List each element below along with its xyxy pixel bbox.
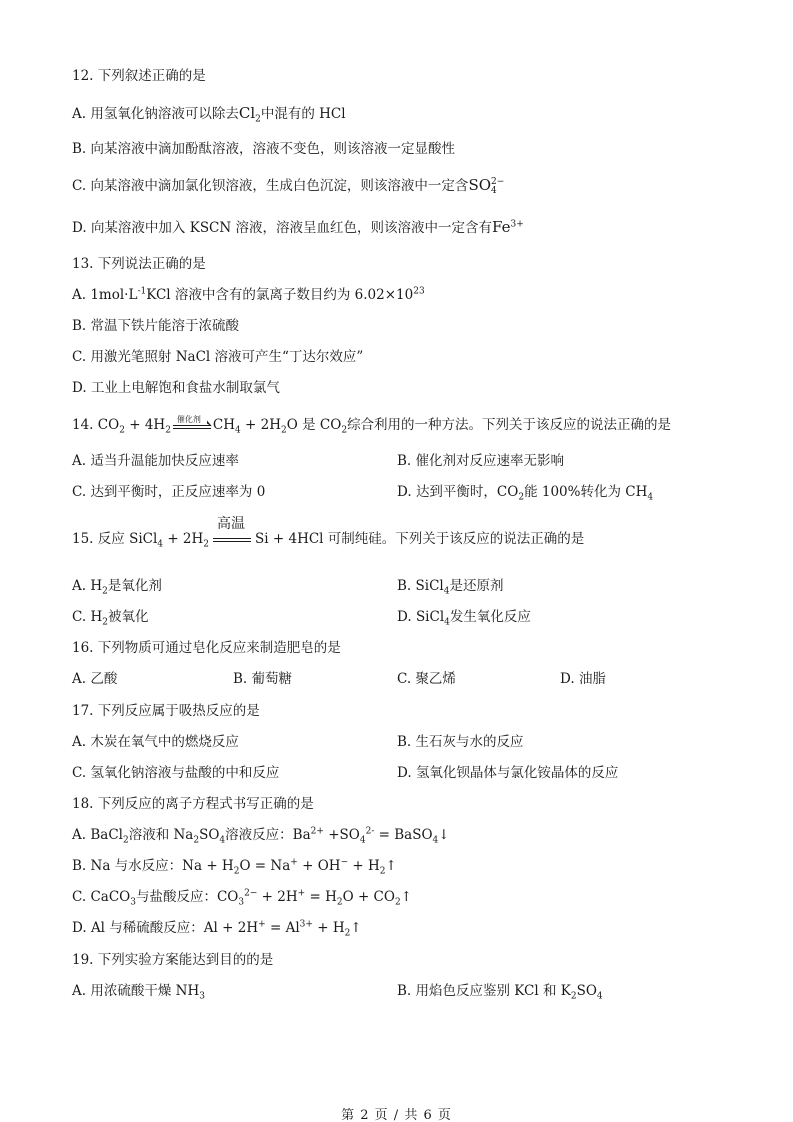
question-18-stem: 18. 下列反应的离子方程式书写正确的是 xyxy=(72,795,314,813)
question-14-stem: 14. CO2 + 4H2催化剂CH4 + 2H2O 是 CO2综合利用的一种方… xyxy=(72,416,671,435)
subscript: 4 xyxy=(647,493,653,503)
option-text: KCl 溶液中含有的氯离子数目约为 6.02×10 xyxy=(146,287,413,303)
option-label: D. xyxy=(397,484,412,500)
q17-option-b: B. 生石灰与水的反应 xyxy=(397,733,524,751)
formula: CaCO xyxy=(90,889,130,905)
q14-option-b: B. 催化剂对反应速率无影响 xyxy=(397,452,564,470)
question-text: 综合利用的一种方法。下列关于该反应的说法正确的是 xyxy=(347,417,671,433)
q13-option-a: A. 1mol·L-1KCl 溶液中含有的氯离子数目约为 6.02×1023 xyxy=(72,286,425,304)
option-text: 1mol·L xyxy=(90,287,137,303)
formula: SiCl xyxy=(416,578,444,594)
option-text: 中混有的 HCl xyxy=(261,106,346,122)
superscript: 2+ xyxy=(311,827,324,837)
option-text: 生石灰与水的反应 xyxy=(416,734,524,750)
question-text: 下列叙述正确的是 xyxy=(98,68,206,84)
formula: = H xyxy=(305,889,337,905)
q18-option-a: A. BaCl2溶液和 Na2SO4溶液反应：Ba2+ +SO42- = BaS… xyxy=(72,826,450,844)
formula: SO xyxy=(199,827,219,843)
option-label: A. xyxy=(72,287,86,303)
option-label: C. xyxy=(72,178,86,194)
option-label: D. xyxy=(560,671,575,687)
q14-option-d: D. 达到平衡时，CO2能 100%转化为 CH4 xyxy=(397,483,653,501)
option-text: 向某溶液中滴加氯化钡溶液，生成白色沉淀，则该溶液中一定含 xyxy=(90,178,468,194)
q13-option-b: B. 常温下铁片能溶于浓硫酸 xyxy=(72,317,239,335)
formula: = BaSO xyxy=(374,827,432,843)
q19-option-b: B. 用焰色反应鉴别 KCl 和 K2SO4 xyxy=(397,982,603,1000)
option-label: C. xyxy=(72,609,86,625)
question-text: 下列反应属于吸热反应的是 xyxy=(98,703,260,719)
option-text: 向某溶液中加入 KSCN 溶液，溶液呈血红色，则该溶液中一定含有 xyxy=(91,220,492,236)
option-text: 工业上电解饱和食盐水制取氯气 xyxy=(91,380,280,396)
option-text: 木炭在氧气中的燃烧反应 xyxy=(90,734,239,750)
option-label: A. xyxy=(72,453,86,469)
exam-page: 12. 下列叙述正确的是 A. 用氢氧化钠溶液可以除去Cl2中混有的 HCl B… xyxy=(0,0,793,1122)
formula: CO xyxy=(98,417,119,433)
question-text: 下列物质可通过皂化反应来制造肥皂的是 xyxy=(98,640,341,656)
question-number: 19. xyxy=(72,952,93,968)
question-16-stem: 16. 下列物质可通过皂化反应来制造肥皂的是 xyxy=(72,639,341,657)
option-label: B. xyxy=(72,318,86,334)
formula: + 2H xyxy=(163,531,203,547)
option-text: 用氢氧化钠溶液可以除去 xyxy=(90,106,239,122)
gas-arrow: ↑ xyxy=(386,858,397,874)
option-text: 葡萄糖 xyxy=(252,671,293,687)
option-text: 达到平衡时，正反应速率为 0 xyxy=(90,484,265,500)
formula: = Al xyxy=(266,920,300,936)
q15-option-a: A. H2是氧化剂 xyxy=(72,577,162,595)
subscript: 3 xyxy=(199,992,205,1002)
formula: Cl xyxy=(239,104,255,122)
question-number: 18. xyxy=(72,796,93,812)
option-text: 适当升温能加快反应速率 xyxy=(90,453,239,469)
q19-option-a: A. 用浓硫酸干燥 NH3 xyxy=(72,982,205,1000)
q18-option-d: D. Al 与稀硫酸反应：Al + 2H+ = Al3+ + H2↑ xyxy=(72,919,362,937)
question-number: 16. xyxy=(72,640,93,656)
q18-option-c: C. CaCO3与盐酸反应：CO32− + 2H+ = H2O + CO2↑ xyxy=(72,888,412,906)
condition-label: 高温 xyxy=(217,515,245,533)
formula: CH xyxy=(213,417,235,433)
formula: O xyxy=(287,417,298,433)
question-number: 14. xyxy=(72,417,93,433)
q15-option-b: B. SiCl4是还原剂 xyxy=(397,577,503,595)
formula: O + CO xyxy=(343,889,395,905)
option-label: D. xyxy=(72,380,87,396)
superscript: + xyxy=(258,920,266,930)
subscript: 2 xyxy=(165,426,171,436)
q16-option-d: D. 油脂 xyxy=(560,670,606,688)
question-13-stem: 13. 下列说法正确的是 xyxy=(72,255,206,273)
q14-option-c: C. 达到平衡时，正反应速率为 0 xyxy=(72,483,265,501)
q12-option-b: B. 向某溶液中滴加酚酞溶液，溶液不变色，则该溶液一定显酸性 xyxy=(72,140,455,158)
question-number: 15. xyxy=(72,531,93,547)
option-text: 乙酸 xyxy=(90,671,117,687)
option-text: 催化剂对反应速率无影响 xyxy=(416,453,565,469)
formula: O = Na xyxy=(239,858,290,874)
option-label: C. xyxy=(72,765,86,781)
question-15-stem: 15. 反应 SiCl4 + 2H2高温Si + 4HCl 可制纯硅。下列关于该… xyxy=(72,530,584,549)
formula: H xyxy=(90,609,102,625)
option-text: 达到平衡时，CO xyxy=(416,484,518,500)
question-text: 下列实验方案能达到目的的是 xyxy=(98,952,274,968)
superscript: 23 xyxy=(413,287,424,297)
option-text: 氢氧化钠溶液与盐酸的中和反应 xyxy=(90,765,279,781)
option-label: B. xyxy=(72,141,86,157)
option-label: A. xyxy=(72,578,86,594)
option-text: 是氧化剂 xyxy=(108,578,162,594)
option-label: C. xyxy=(72,889,86,905)
q14-option-a: A. 适当升温能加快反应速率 xyxy=(72,452,239,470)
option-text: 聚乙烯 xyxy=(415,671,456,687)
formula: + 2H xyxy=(241,417,281,433)
question-text: 反应 SiCl xyxy=(98,531,158,547)
q13-option-c: C. 用激光笔照射 NaCl 溶液可产生“丁达尔效应” xyxy=(72,348,363,366)
equals-sign-icon: 高温 xyxy=(213,531,251,549)
option-label: B. xyxy=(397,734,411,750)
formula: BaCl xyxy=(90,827,123,843)
question-19-stem: 19. 下列实验方案能达到目的的是 xyxy=(72,951,273,969)
superscript: 2− xyxy=(244,889,257,899)
question-17-stem: 17. 下列反应属于吸热反应的是 xyxy=(72,702,260,720)
q16-option-b: B. 葡萄糖 xyxy=(233,670,292,688)
option-text: 向某溶液中滴加酚酞溶液，溶液不变色，则该溶液一定显酸性 xyxy=(91,141,456,157)
formula: H xyxy=(90,578,102,594)
option-label: B. xyxy=(397,453,411,469)
formula: +SO xyxy=(324,827,360,843)
option-label: C. xyxy=(397,671,411,687)
option-text: 用激光笔照射 NaCl 溶液可产生“丁达尔效应” xyxy=(90,349,363,365)
formula: SiCl xyxy=(416,609,444,625)
q15-option-c: C. H2被氧化 xyxy=(72,608,148,626)
q16-option-a: A. 乙酸 xyxy=(72,670,117,688)
option-label: A. xyxy=(72,106,86,122)
option-label: A. xyxy=(72,827,86,843)
formula: + 2H xyxy=(257,889,297,905)
formula: SO xyxy=(468,176,491,194)
option-text: 是还原剂 xyxy=(449,578,503,594)
option-label: B. xyxy=(397,578,411,594)
option-text: 溶液和 Na xyxy=(129,827,194,843)
reversible-arrow-icon: 催化剂 xyxy=(173,417,211,435)
option-text: Na 与水反应：Na + H xyxy=(91,858,234,874)
question-number: 13. xyxy=(72,256,93,272)
superscript: 3+ xyxy=(300,920,313,930)
formula: + H xyxy=(313,920,345,936)
subscript: 3 xyxy=(238,898,244,908)
precipitate-arrow: ↓ xyxy=(438,827,449,843)
q12-option-d: D. 向某溶液中加入 KSCN 溶液，溶液呈血红色，则该溶液中一定含有Fe3+ xyxy=(72,218,524,237)
question-text: Si + 4HCl 可制纯硅。下列关于该反应的说法正确的是 xyxy=(255,531,584,547)
catalyst-label: 催化剂 xyxy=(177,411,201,429)
q17-option-c: C. 氢氧化钠溶液与盐酸的中和反应 xyxy=(72,764,279,782)
option-text: 氢氧化钡晶体与氯化铵晶体的反应 xyxy=(416,765,619,781)
option-text: 被氧化 xyxy=(108,609,149,625)
superscript: − xyxy=(341,858,349,868)
q17-option-d: D. 氢氧化钡晶体与氯化铵晶体的反应 xyxy=(397,764,618,782)
q17-option-a: A. 木炭在氧气中的燃烧反应 xyxy=(72,733,239,751)
subscript: 4 xyxy=(360,836,366,846)
page-footer: 第 2 页 / 共 6 页 xyxy=(0,1104,793,1122)
gas-arrow: ↑ xyxy=(350,920,361,936)
formula: Fe xyxy=(492,218,510,236)
option-text: 与盐酸反应：CO xyxy=(136,889,238,905)
option-label: C. xyxy=(72,349,86,365)
option-text: 常温下铁片能溶于浓硫酸 xyxy=(91,318,240,334)
superscript: -1 xyxy=(137,287,146,297)
option-label: A. xyxy=(72,671,86,687)
option-label: D. xyxy=(397,765,412,781)
option-text: 用浓硫酸干燥 NH xyxy=(90,983,199,999)
option-text: 能 100%转化为 CH xyxy=(524,484,647,500)
option-label: B. xyxy=(72,858,86,874)
option-label: D. xyxy=(72,920,87,936)
option-text: 用焰色反应鉴别 KCl 和 K xyxy=(416,983,571,999)
question-text: 下列说法正确的是 xyxy=(98,256,206,272)
q15-option-d: D. SiCl4发生氧化反应 xyxy=(397,608,531,626)
option-label: C. xyxy=(72,484,86,500)
formula: + H xyxy=(348,858,380,874)
formula: + OH xyxy=(298,858,341,874)
superscript: + xyxy=(290,858,298,868)
option-label: A. xyxy=(72,983,86,999)
q13-option-d: D. 工业上电解饱和食盐水制取氯气 xyxy=(72,379,280,397)
question-text: 下列反应的离子方程式书写正确的是 xyxy=(98,796,314,812)
q18-option-b: B. Na 与水反应：Na + H2O = Na+ + OH− + H2↑ xyxy=(72,857,397,875)
q12-option-a: A. 用氢氧化钠溶液可以除去Cl2中混有的 HCl xyxy=(72,104,346,123)
subscript: 4 xyxy=(491,187,504,196)
question-text: 是 CO xyxy=(298,417,341,433)
formula: SO xyxy=(577,983,597,999)
subscript: 4 xyxy=(597,992,603,1002)
question-number: 12. xyxy=(72,68,93,84)
question-number: 17. xyxy=(72,703,93,719)
gas-arrow: ↑ xyxy=(401,889,412,905)
superscript: 3+ xyxy=(510,220,523,230)
option-label: D. xyxy=(397,609,412,625)
option-label: D. xyxy=(72,220,87,236)
option-text: 油脂 xyxy=(579,671,606,687)
option-label: B. xyxy=(233,671,247,687)
option-text: 溶液反应：Ba xyxy=(225,827,310,843)
q12-option-c: C. 向某溶液中滴加氯化钡溶液，生成白色沉淀，则该溶液中一定含SO2−4 xyxy=(72,176,504,196)
subscript: 2 xyxy=(203,540,209,550)
question-12-stem: 12. 下列叙述正确的是 xyxy=(72,67,206,85)
q16-option-c: C. 聚乙烯 xyxy=(397,670,456,688)
option-text: 发生氧化反应 xyxy=(450,609,531,625)
formula: + 4H xyxy=(125,417,165,433)
option-label: B. xyxy=(397,983,411,999)
option-text: Al 与稀硫酸反应：Al + 2H xyxy=(91,920,258,936)
option-label: A. xyxy=(72,734,86,750)
